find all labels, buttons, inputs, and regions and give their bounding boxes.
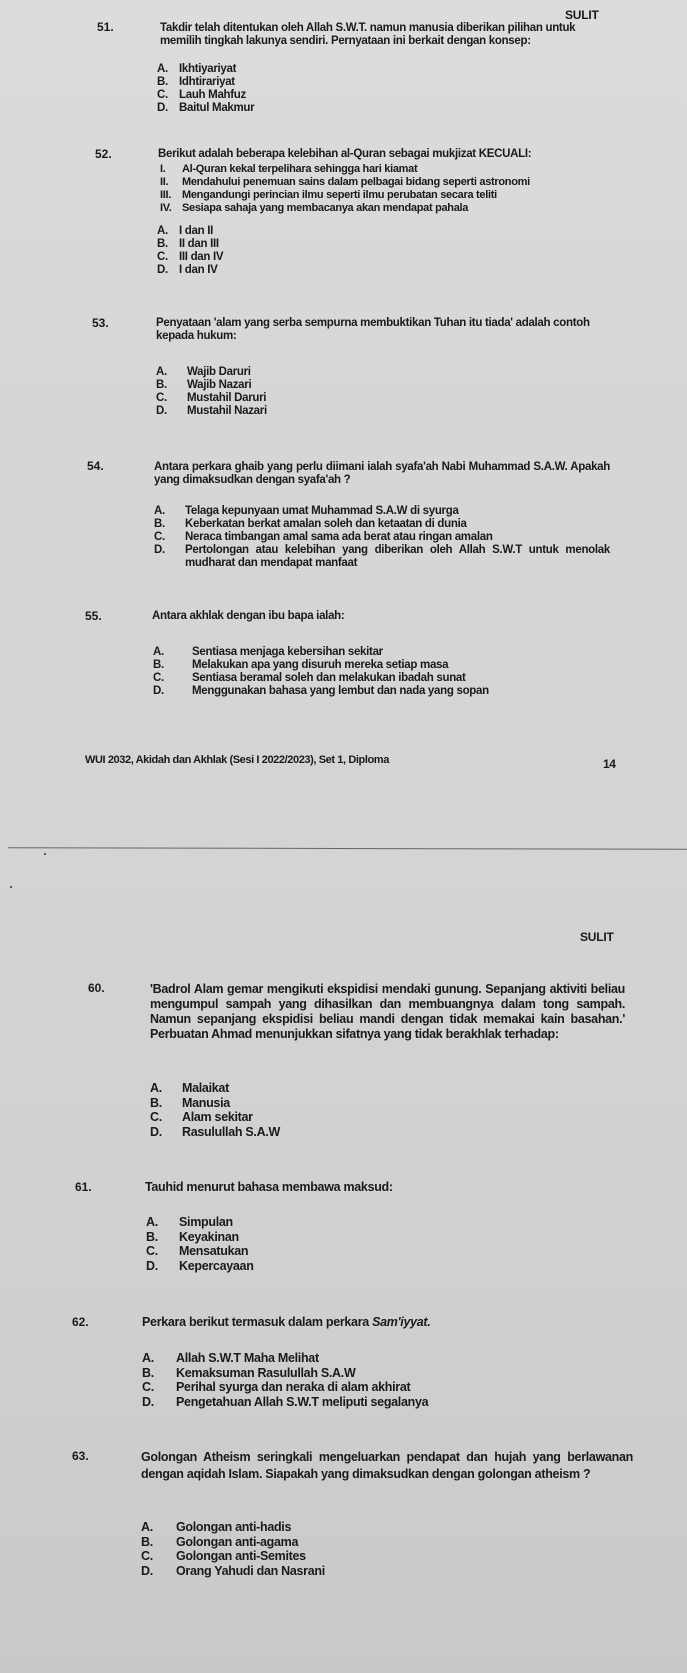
speck <box>44 853 46 855</box>
question-text: Antara akhlak dengan ibu bapa ialah: <box>152 610 552 623</box>
options-list: A.Allah S.W.T Maha Melihat B.Kemaksuman … <box>142 1351 562 1409</box>
option-b[interactable]: B.Keberkatan berkat amalan soleh dan ket… <box>154 518 610 531</box>
option-a[interactable]: A.I dan II <box>157 225 457 238</box>
options-list: A.Sentiasa menjaga kebersihan sekitar B.… <box>153 646 573 698</box>
sulit-header-label: SULIT <box>565 8 599 22</box>
question-number: 51. <box>97 20 114 34</box>
options-list: A.Malaikat B.Manusia C.Alam sekitar D.Ra… <box>150 1081 450 1139</box>
option-d[interactable]: D.I dan IV <box>157 264 457 277</box>
page-footer-course-info: WUI 2032, Akidah dan Akhlak (Sesi I 2022… <box>85 754 389 766</box>
option-d[interactable]: D.Menggunakan bahasa yang lembut dan nad… <box>153 685 573 698</box>
statement-ii: II.Mendahului penemuan sains dalam pelba… <box>160 176 620 189</box>
option-c[interactable]: C.Mustahil Daruri <box>156 392 456 405</box>
option-b[interactable]: B.Idhtirariyat <box>157 76 457 89</box>
options-list: A.I dan II B.II dan III C.III dan IV D.I… <box>157 225 457 277</box>
option-d[interactable]: D.Mustahil Nazari <box>156 405 456 418</box>
option-a[interactable]: A.Malaikat <box>150 1081 450 1096</box>
option-a[interactable]: A.Golongan anti-hadis <box>141 1520 561 1535</box>
options-list: A.Golongan anti-hadis B.Golongan anti-ag… <box>141 1520 561 1578</box>
option-c[interactable]: C.Golongan anti-Semites <box>141 1549 561 1564</box>
option-a[interactable]: A.Ikhtiyariyat <box>157 63 457 76</box>
page-number: 14 <box>603 757 616 771</box>
question-number: 55. <box>85 609 102 623</box>
question-text: Tauhid menurut bahasa membawa maksud: <box>145 1180 545 1195</box>
question-number: 52. <box>95 147 112 161</box>
option-a[interactable]: A.Wajib Daruri <box>156 366 456 379</box>
statement-i: I.Al-Quran kekal terpelihara sehingga ha… <box>160 163 620 176</box>
option-b[interactable]: B.Golongan anti-agama <box>141 1535 561 1550</box>
speck <box>10 886 12 888</box>
question-number: 60. <box>88 981 105 995</box>
option-b[interactable]: B.Keyakinan <box>146 1230 446 1245</box>
question-text: Golongan Atheism seringkali mengeluarkan… <box>141 1449 633 1483</box>
option-d[interactable]: D.Pengetahuan Allah S.W.T meliputi segal… <box>142 1395 562 1410</box>
question-number: 62. <box>72 1315 89 1329</box>
question-number: 63. <box>72 1449 89 1463</box>
question-text: Berikut adalah beberapa kelebihan al-Qur… <box>158 148 618 161</box>
question-number: 53. <box>92 316 109 330</box>
question-text: 'Badrol Alam gemar mengikuti ekspidisi m… <box>150 982 625 1042</box>
option-b[interactable]: B.Melakukan apa yang disuruh mereka seti… <box>153 659 573 672</box>
options-list: A.Wajib Daruri B.Wajib Nazari C.Mustahil… <box>156 366 456 418</box>
option-a[interactable]: A.Sentiasa menjaga kebersihan sekitar <box>153 646 573 659</box>
sulit-header-label: SULIT <box>580 930 614 944</box>
question-text: Takdir telah ditentukan oleh Allah S.W.T… <box>160 22 604 48</box>
options-list: A.Telaga kepunyaan umat Muhammad S.A.W d… <box>154 505 610 570</box>
option-c[interactable]: C.Sentiasa beramal soleh dan melakukan i… <box>153 672 573 685</box>
option-a[interactable]: A.Allah S.W.T Maha Melihat <box>142 1351 562 1366</box>
option-c[interactable]: C.III dan IV <box>157 251 457 264</box>
option-b[interactable]: B.II dan III <box>157 238 457 251</box>
statement-iii: III.Mengandungi perincian ilmu seperti i… <box>160 189 620 202</box>
option-b[interactable]: B.Wajib Nazari <box>156 379 456 392</box>
option-b[interactable]: B.Kemaksuman Rasulullah S.A.W <box>142 1366 562 1381</box>
option-c[interactable]: C.Neraca timbangan amal sama ada berat a… <box>154 531 610 544</box>
option-a[interactable]: A.Simpulan <box>146 1215 446 1230</box>
question-text: Penyataan 'alam yang serba sempurna memb… <box>156 317 610 343</box>
question-number: 54. <box>87 459 104 473</box>
option-d[interactable]: D.Baitul Makmur <box>157 102 457 115</box>
options-list: A.Ikhtiyariyat B.Idhtirariyat C.Lauh Mah… <box>157 63 457 115</box>
option-d[interactable]: D.Orang Yahudi dan Nasrani <box>141 1564 561 1579</box>
options-list: A.Simpulan B.Keyakinan C.Mensatukan D.Ke… <box>146 1215 446 1273</box>
question-number: 61. <box>75 1180 92 1194</box>
option-d[interactable]: D.Rasulullah S.A.W <box>150 1125 450 1140</box>
option-d[interactable]: D.Pertolongan atau kelebihan yang diberi… <box>154 544 610 570</box>
page-divider <box>8 847 687 849</box>
question-text: Perkara berikut termasuk dalam perkara S… <box>142 1315 562 1330</box>
question-text: Antara perkara ghaib yang perlu diimani … <box>154 461 610 487</box>
option-b[interactable]: B.Manusia <box>150 1096 450 1111</box>
option-c[interactable]: C.Lauh Mahfuz <box>157 89 457 102</box>
option-c[interactable]: C.Mensatukan <box>146 1244 446 1259</box>
question-text-emphasis: Sam'iyyat. <box>372 1315 430 1329</box>
option-c[interactable]: C.Perihal syurga dan neraka di alam akhi… <box>142 1380 562 1395</box>
option-a[interactable]: A.Telaga kepunyaan umat Muhammad S.A.W d… <box>154 505 610 518</box>
statement-iv: IV.Sesiapa sahaja yang membacanya akan m… <box>160 202 620 215</box>
statements-list: I.Al-Quran kekal terpelihara sehingga ha… <box>160 163 620 215</box>
option-c[interactable]: C.Alam sekitar <box>150 1110 450 1125</box>
option-d[interactable]: D.Kepercayaan <box>146 1259 446 1274</box>
